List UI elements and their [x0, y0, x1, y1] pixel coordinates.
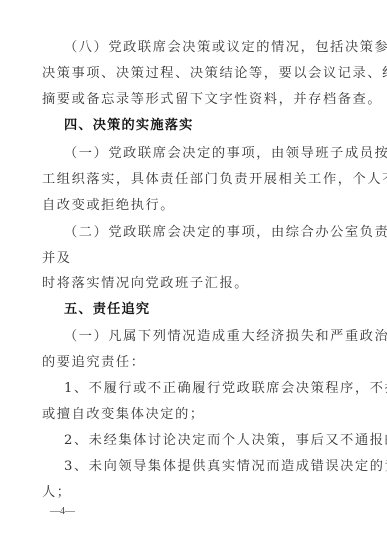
- paragraph-line: 决策事项、决策过程、决策结论等，要以会议记录、纪要、: [42, 66, 344, 82]
- section-heading: 四、决策的实施落实: [64, 118, 344, 134]
- paragraph-line: （二）党政联席会决定的事项，由综合办公室负责督办，: [64, 225, 344, 241]
- paragraph-line: 工组织落实，具体责任部门负责开展相关工作，个人不得擅: [42, 172, 344, 188]
- paragraph-line: 人；: [42, 485, 344, 501]
- paragraph-line: （八）党政联席会决策或议定的情况，包括决策参与人、: [64, 40, 344, 56]
- paragraph-line: 自改变或拒绝执行。: [42, 198, 344, 214]
- section-heading: 五、责任追究: [64, 302, 344, 318]
- paragraph-line: 或擅自改变集体决定的；: [42, 407, 344, 423]
- paragraph-line: （一）党政联席会决定的事项，由领导班子成员按照分: [64, 146, 344, 162]
- paragraph-line: 2、未经集体讨论决定而个人决策，事后又不通报的；: [64, 433, 344, 449]
- paragraph-line: 摘要或备忘录等形式留下文字性资料，并存档备查。: [42, 92, 344, 108]
- paragraph-line: （一）凡属下列情况造成重大经济损失和严重政治影响: [64, 329, 344, 345]
- document-page: （八）党政联席会决策或议定的情况，包括决策参与人、 决策事项、决策过程、决策结论…: [0, 0, 387, 548]
- paragraph-line: 时将落实情况向党政班子汇报。: [42, 276, 344, 292]
- page-number: —4—: [50, 506, 75, 517]
- paragraph-line: 并及: [42, 251, 344, 267]
- paragraph-line: 1、不履行或不正确履行党政联席会决策程序，不执行: [64, 381, 344, 397]
- paragraph-line: 3、未向领导集体提供真实情况而造成错误决定的责任: [64, 459, 344, 475]
- paragraph-line: 的要追究责任：: [42, 355, 344, 371]
